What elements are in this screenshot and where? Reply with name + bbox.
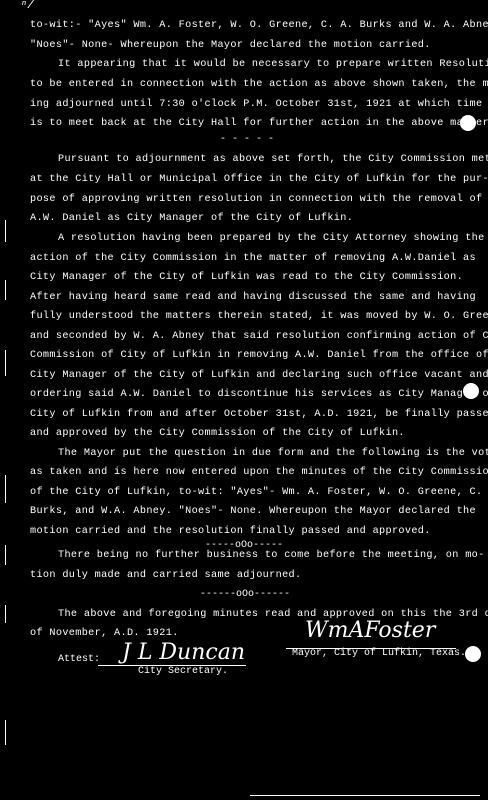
text-line: is to meet back at the City Hall for fur… (30, 118, 488, 130)
scan-edge-mark (5, 475, 6, 503)
text-line: of the City of Lufkin, to-wit: "Ayes"- W… (30, 487, 488, 499)
scan-edge-mark (5, 350, 6, 376)
punch-hole (465, 646, 481, 662)
text-line: ordering said A.W. Daniel to discontinue… (30, 389, 488, 401)
corner-mark: ⁿ/ (20, 0, 34, 12)
text-line: and seconded by W. A. Abney that said re… (30, 331, 488, 343)
scan-edge-mark (5, 545, 6, 565)
text-line: Burks, and W.A. Abney. "Noes"- None. Whe… (30, 506, 476, 518)
mayor-title: Mayor, City of Lufkin, Texas. (292, 648, 466, 659)
text-line: of November, A.D. 1921. (30, 628, 179, 640)
text-line: fully understood the matters therein sta… (30, 311, 488, 323)
scan-edge-mark (5, 280, 6, 300)
scan-edge-mark (5, 720, 6, 745)
scan-edge-mark (5, 605, 6, 623)
separator: - - - - - (220, 134, 274, 145)
separator: ------oOo------ (200, 589, 290, 600)
text-line: A resolution having been prepared by the… (58, 233, 485, 245)
text-line: There being no further business to come … (58, 550, 485, 562)
text-line: After having heard same read and having … (30, 292, 476, 304)
scan-edge-mark (5, 220, 6, 242)
text-line: A.W. Daniel as City Manager of the City … (30, 213, 353, 225)
text-line: tion duly made and carried same adjourne… (30, 570, 301, 582)
text-line: "Noes"- None- Whereupon the Mayor declar… (30, 40, 431, 52)
text-line: City of Lufkin from and after October 31… (30, 409, 488, 421)
text-line: pose of approving written resolution in … (30, 194, 482, 206)
punch-hole (463, 383, 479, 399)
text-line: City Manager of the City of Lufkin was r… (30, 272, 463, 284)
text-line: ing adjourned until 7:30 o'clock P.M. Oc… (30, 99, 488, 111)
secretary-title: City Secretary. (138, 666, 228, 677)
text-line: at the City Hall or Municipal Office in … (30, 174, 488, 186)
secretary-signature: J L Duncan (122, 640, 245, 665)
mayor-signature: WmAFoster (305, 618, 435, 643)
text-line: as taken and is here now entered upon th… (30, 467, 488, 479)
text-line: action of the City Commission in the mat… (30, 253, 476, 265)
text-line: It appearing that it would be necessary … (58, 59, 488, 71)
text-line: The Mayor put the question in due form a… (58, 448, 488, 460)
text-line: Commission of City of Lufkin in removing… (30, 350, 488, 362)
text-line: City Manager of the City of Lufkin and d… (30, 370, 488, 382)
bottom-edge-mark (250, 795, 480, 796)
text-line: and approved by the City Commission of t… (30, 428, 405, 440)
text-line: motion carried and the resolution finall… (30, 526, 431, 538)
text-line: to-wit:- "Ayes" Wm. A. Foster, W. O. Gre… (30, 20, 488, 32)
attest-label: Attest: (58, 654, 100, 665)
text-line: to be entered in connection with the act… (30, 79, 488, 91)
text-line: Pursuant to adjournment as above set for… (58, 154, 488, 166)
punch-hole (460, 115, 476, 131)
